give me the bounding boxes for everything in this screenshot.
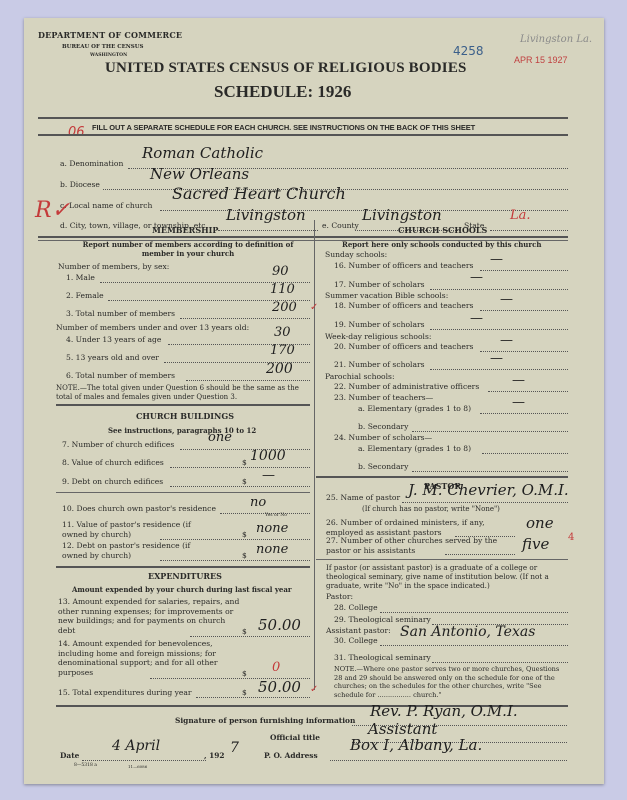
q3-value[interactable]: 200 [272, 300, 297, 315]
q13-dollar: $ [242, 627, 247, 636]
q29-label: 29. Theological seminary [334, 615, 431, 624]
official-title-label: Official title [270, 733, 320, 742]
pastor-label: Pastor: [326, 592, 353, 601]
divider [316, 476, 568, 478]
q15-line [196, 697, 310, 698]
diocese-label: b. Diocese [60, 180, 100, 189]
date-value[interactable]: 4 April [112, 738, 160, 754]
red-checkmark: ✓ [310, 302, 318, 313]
q19-value[interactable]: — [470, 311, 483, 326]
buildings-subheading: See instructions, paragraphs 10 to 12 [108, 426, 256, 435]
q18-line [480, 310, 568, 311]
q16-value[interactable]: — [490, 252, 503, 267]
q12-line [160, 560, 310, 561]
q17-value[interactable]: — [470, 270, 483, 285]
q13-line [190, 636, 310, 637]
q12-value[interactable]: none [256, 542, 288, 557]
city-line [218, 230, 318, 231]
age-group-label: Number of members under and over 13 year… [56, 323, 249, 332]
divider [38, 134, 568, 136]
q16-label: 16. Number of officers and teachers [334, 261, 473, 270]
parochial-schools-label: Parochial schools: [325, 372, 395, 381]
divider [56, 404, 310, 406]
pencil-note: Livingston La. [520, 34, 592, 45]
q10-label: 10. Does church own pastor's residence [62, 504, 216, 513]
year-prefix: , 192 [204, 751, 225, 760]
weekday-schools-label: Week-day religious schools: [325, 332, 431, 341]
q24b-label: b. Secondary [358, 462, 408, 471]
divider [38, 117, 568, 119]
q23a-value[interactable]: — [512, 395, 525, 410]
q31-label: 31. Theological seminary [334, 653, 431, 662]
church-name-value[interactable]: Sacred Heart Church [172, 184, 346, 203]
q30-line [380, 645, 568, 646]
assistant-pastor-label: Assistant pastor: [326, 626, 391, 635]
q22-line [488, 391, 568, 392]
form-title: UNITED STATES CENSUS OF RELIGIOUS BODIES [105, 60, 467, 77]
q28-label: 28. College [334, 603, 378, 612]
q1-label: 1. Male [66, 273, 95, 282]
schools-heading: CHURCH SCHOOLS [398, 225, 487, 235]
q6-label: 6. Total number of members [66, 371, 175, 380]
date-label: Date [60, 751, 79, 760]
year-value[interactable]: 7 [230, 740, 239, 756]
q18-value[interactable]: — [500, 292, 513, 307]
form-number: 8—5318 a [74, 763, 97, 768]
q9-value[interactable]: — [262, 468, 275, 483]
q11-line [160, 539, 310, 540]
denomination-value[interactable]: Roman Catholic [142, 144, 263, 162]
q17-label: 17. Number of scholars [334, 280, 425, 289]
q7-line [180, 449, 310, 450]
membership-heading: MEMBERSHIP [152, 225, 218, 235]
signature-value[interactable]: Rev. P. Ryan, O.M.I. [370, 702, 518, 720]
q25-hint: (If church has no pastor, write "None") [362, 505, 500, 513]
po-address-line [330, 760, 567, 761]
q11-value[interactable]: none [256, 521, 288, 536]
q14-value[interactable]: 0 [272, 660, 280, 675]
expenditures-subheading: Amount expended by your church during la… [72, 585, 292, 594]
q28-line [380, 612, 568, 613]
sunday-schools-label: Sunday schools: [325, 250, 387, 259]
q19-line [430, 329, 568, 330]
stamp-number: 4258 [453, 44, 484, 58]
graduate-note: If pastor (or assistant pastor) is a gra… [326, 563, 566, 590]
po-address-label: P. O. Address [264, 751, 318, 760]
buildings-heading: CHURCH BUILDINGS [136, 411, 234, 421]
q5-value[interactable]: 170 [270, 343, 295, 358]
q30-value[interactable]: San Antonio, Texas [400, 624, 535, 640]
schedule-title: SCHEDULE: 1926 [214, 82, 351, 102]
q23-label: 23. Number of teachers— [334, 393, 433, 402]
q6-value[interactable]: 200 [266, 361, 293, 377]
q20-label: 20. Number of officers and teachers [334, 342, 473, 351]
q10-value[interactable]: no [250, 495, 266, 510]
q23a-label: a. Elementary (grades 1 to 8) [358, 404, 471, 413]
q13-value[interactable]: 50.00 [258, 616, 301, 634]
q27-label: 27. Number of other churches served by t… [326, 536, 516, 555]
q13-label: 13. Amount expended for salaries, repair… [58, 597, 242, 635]
q23b-label: b. Secondary [358, 422, 408, 431]
q15-dollar: $ [242, 688, 247, 697]
q8-dollar: $ [242, 458, 247, 467]
q1-value[interactable]: 90 [272, 264, 289, 279]
q21-value[interactable]: — [490, 351, 503, 366]
q3-line [180, 318, 310, 319]
q20-value[interactable]: — [500, 333, 513, 348]
date-line [82, 760, 206, 761]
q17-line [430, 289, 568, 290]
q10-hint: Yes or No [265, 513, 287, 518]
pastor-note: NOTE.—Where one pastor serves two or mor… [334, 665, 568, 699]
q23a-line [480, 413, 568, 414]
q23b-line [412, 431, 568, 432]
q5-label: 5. 13 years old and over [66, 353, 159, 362]
q31-line [432, 662, 568, 663]
red-review-mark: R✓ [35, 198, 70, 223]
q26-label: 26. Number of ordained ministers, if any… [326, 518, 516, 537]
denomination-label: a. Denomination [60, 159, 123, 168]
q27-line [445, 554, 515, 555]
q30-label: 30. College [334, 636, 378, 645]
q22-label: 22. Number of administrative officers [334, 382, 479, 391]
state-value[interactable]: La. [510, 208, 531, 223]
q18-label: 18. Number of officers and teachers [334, 301, 473, 310]
q8-line [170, 467, 310, 468]
q25-line [402, 502, 568, 503]
q14-dollar: $ [242, 669, 247, 678]
q3-label: 3. Total number of members [66, 309, 175, 318]
city-value[interactable]: Livingston [226, 206, 306, 224]
membership-note: NOTE.—The total given under Question 6 s… [56, 384, 310, 402]
county-value[interactable]: Livingston [362, 206, 442, 224]
q12-dollar: $ [242, 551, 247, 560]
schools-subheading: Report here only schools conducted by th… [342, 240, 541, 249]
membership-subheading: Report number of members according to de… [78, 240, 298, 258]
signature-label: Signature of person furnishing informati… [175, 716, 355, 725]
column-divider [314, 220, 315, 690]
state-line [490, 230, 568, 231]
q7-label: 7. Number of church edifices [62, 440, 174, 449]
red-checkmark: ✓ [310, 684, 318, 695]
q12-label: 12. Debt on pastor's residence (if owned… [62, 541, 202, 561]
members-by-sex-label: Number of members, by sex: [58, 262, 169, 271]
q8-label: 8. Value of church edifices [62, 458, 164, 467]
q9-line [170, 486, 310, 487]
county-label: e. County [322, 221, 359, 230]
q22-value[interactable]: — [512, 373, 525, 388]
print-code: 11—6086 [128, 764, 147, 769]
divider [38, 236, 568, 238]
q9-label: 9. Debt on church edifices [62, 477, 163, 486]
q11-dollar: $ [242, 530, 247, 539]
q25-value[interactable]: J. M. Chevrier, O.M.I. [408, 481, 569, 499]
q15-label: 15. Total expenditures during year [58, 688, 192, 697]
divider [56, 566, 310, 568]
q24a-label: a. Elementary (grades 1 to 8) [358, 444, 471, 453]
q8-value[interactable]: 1000 [250, 448, 286, 464]
q27-value[interactable]: five [522, 535, 549, 553]
department-name: DEPARTMENT OF COMMERCE [38, 30, 182, 40]
instruction-banner: FILL OUT A SEPARATE SCHEDULE FOR EACH CH… [92, 123, 475, 132]
q24a-line [482, 453, 568, 454]
red-mark: 06 [68, 125, 85, 140]
date-stamp: APR 15 1927 [514, 55, 568, 65]
q9-dollar: $ [242, 477, 247, 486]
divider [316, 559, 568, 560]
church-name-label: c. Local name of church [60, 201, 152, 210]
q4-value[interactable]: 30 [274, 325, 291, 340]
po-address-value[interactable]: Box I, Albany, La. [350, 736, 482, 754]
divider [56, 492, 310, 493]
q27-red-correction: 4 [568, 532, 574, 543]
q4-label: 4. Under 13 years of age [66, 335, 161, 344]
expenditures-heading: EXPENDITURES [148, 571, 222, 581]
q21-label: 21. Number of scholars [334, 360, 425, 369]
q25-label: 25. Name of pastor [326, 493, 400, 502]
q24-label: 24. Number of scholars— [334, 433, 432, 442]
q15-value[interactable]: 50.00 [258, 678, 301, 696]
q6-line [186, 380, 310, 381]
q11-label: 11. Value of pastor's residence (if owne… [62, 520, 202, 540]
q19-label: 19. Number of scholars [334, 320, 425, 329]
q26-value[interactable]: one [526, 514, 554, 532]
q24b-line [412, 471, 568, 472]
q2-label: 2. Female [66, 291, 104, 300]
q21-line [430, 369, 568, 370]
q2-value[interactable]: 110 [270, 282, 295, 297]
summer-schools-label: Summer vacation Bible schools: [325, 291, 448, 300]
city-name: WASHINGTON [90, 53, 127, 58]
q7-value[interactable]: one [208, 430, 232, 445]
diocese-value[interactable]: New Orleans [150, 165, 249, 183]
bureau-name: BUREAU OF THE CENSUS [62, 44, 144, 50]
q14-label: 14. Amount expended for benevolences, in… [58, 639, 242, 677]
q16-line [480, 270, 568, 271]
